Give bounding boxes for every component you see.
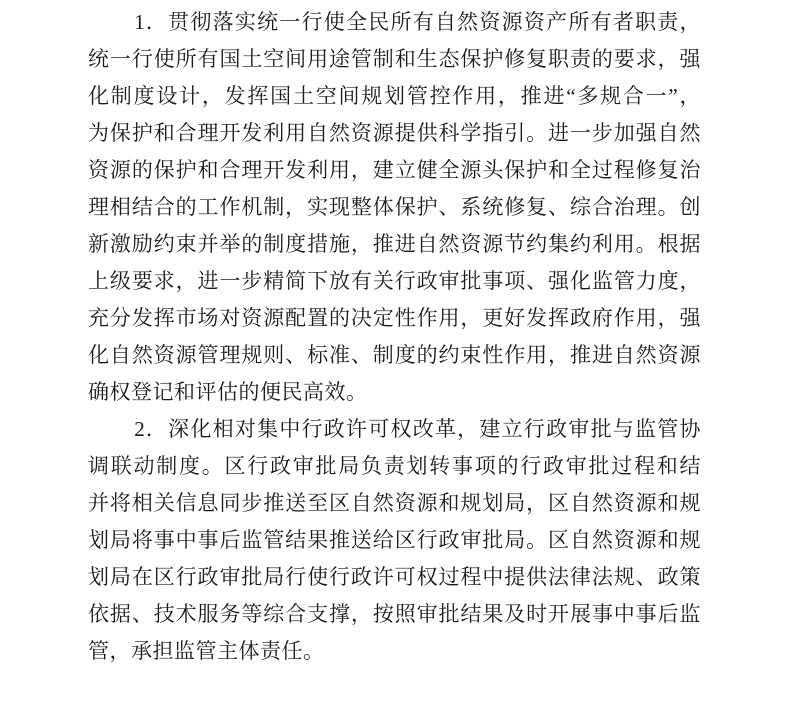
text-line: 2．深化相对集中行政许可权改革，建立行政审批与监管协 [88,411,701,448]
text-line: 化制度设计，发挥国土空间规划管控作用，推进“多规合一”， [88,78,701,115]
paragraph: 2．深化相对集中行政许可权改革，建立行政审批与监管协调联动制度。区行政审批局负责… [88,411,701,670]
text-line: 统一行使所有国土空间用途管制和生态保护修复职责的要求，强 [88,41,701,78]
text-line: 新激励约束并举的制度措施，推进自然资源节约集约利用。根据 [88,226,701,263]
text-line: 管，承担监管主体责任。 [88,633,701,670]
text-line: 并将相关信息同步推送至区自然资源和规划局，区自然资源和规 [88,485,701,522]
text-line: 确权登记和评估的便民高效。 [88,374,701,411]
text-line: 充分发挥市场对资源配置的决定性作用，更好发挥政府作用，强 [88,300,701,337]
text-line: 划局将事中事后监管结果推送给区行政审批局。区自然资源和规 [88,522,701,559]
document-page: 1．贯彻落实统一行使全民所有自然资源资产所有者职责，统一行使所有国土空间用途管制… [0,0,793,710]
paragraph: 1．贯彻落实统一行使全民所有自然资源资产所有者职责，统一行使所有国土空间用途管制… [88,4,701,411]
text-line: 依据、技术服务等综合支撑，按照审批结果及时开展事中事后监 [88,596,701,633]
text-line: 资源的保护和合理开发利用，建立健全源头保护和全过程修复治 [88,152,701,189]
document-body: 1．贯彻落实统一行使全民所有自然资源资产所有者职责，统一行使所有国土空间用途管制… [88,4,701,670]
text-line: 调联动制度。区行政审批局负责划转事项的行政审批过程和结果， [88,448,701,485]
text-line: 划局在区行政审批局行使行政许可权过程中提供法律法规、政策 [88,559,701,596]
text-line: 上级要求，进一步精简下放有关行政审批事项、强化监管力度， [88,263,701,300]
text-line: 为保护和合理开发利用自然资源提供科学指引。进一步加强自然 [88,115,701,152]
text-line: 1．贯彻落实统一行使全民所有自然资源资产所有者职责， [88,4,701,41]
text-line: 化自然资源管理规则、标准、制度的约束性作用，推进自然资源 [88,337,701,374]
text-line: 理相结合的工作机制，实现整体保护、系统修复、综合治理。创 [88,189,701,226]
